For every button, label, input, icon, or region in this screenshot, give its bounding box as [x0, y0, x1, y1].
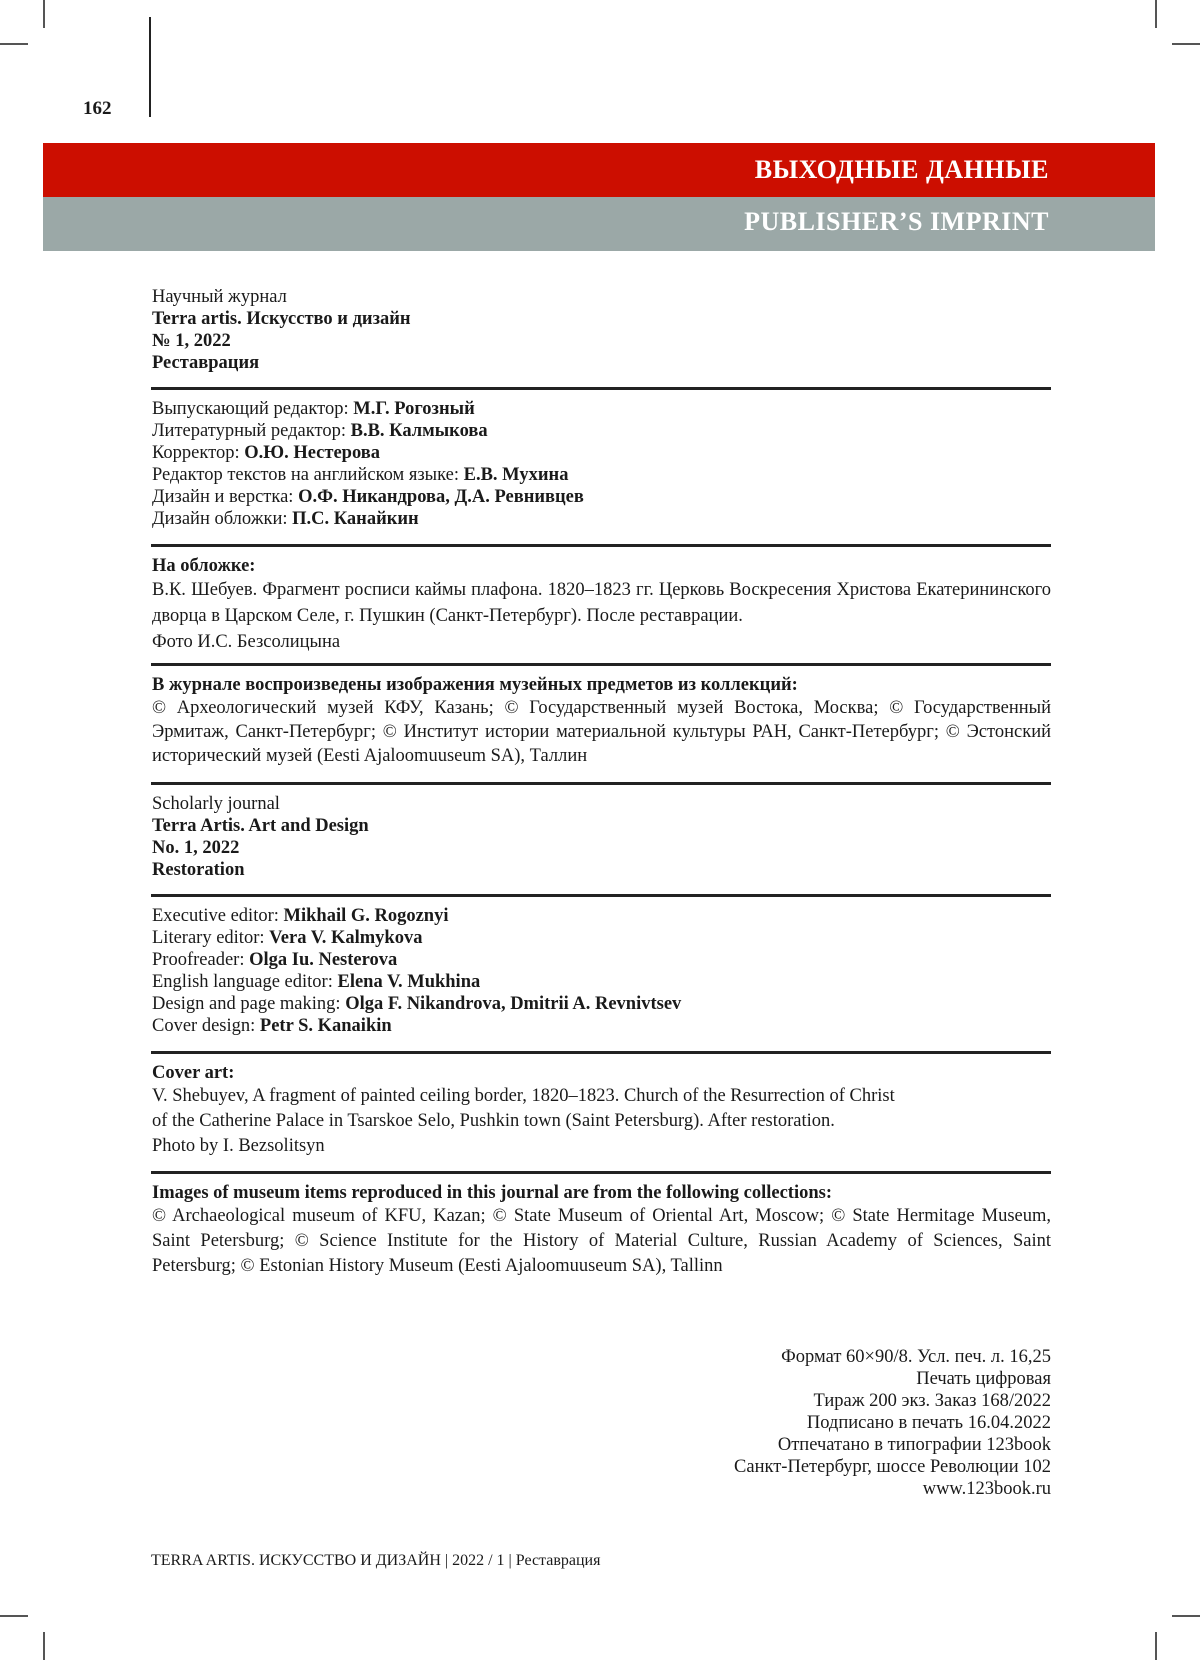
journal-name: Terra artis. Искусство и дизайн	[152, 308, 1051, 330]
crop-mark	[43, 1632, 45, 1660]
running-footer: TERRA ARTIS. ИСКУССТВО И ДИЗАЙН | 2022 /…	[151, 1552, 600, 1570]
ru-staff-list: Выпускающий редактор: М.Г. Рогозный Лите…	[152, 398, 1051, 530]
imprint-line: Подписано в печать 16.04.2022	[734, 1412, 1051, 1434]
crop-mark	[1172, 1615, 1200, 1617]
section-title-ru: ВЫХОДНЫЕ ДАННЫЕ	[755, 155, 1049, 185]
cover-description-line: V. Shebuyev, A fragment of painted ceili…	[152, 1084, 1051, 1109]
divider	[151, 1051, 1051, 1054]
collections-heading: Images of museum items reproduced in thi…	[152, 1182, 1051, 1204]
staff-row: Cover design: Petr S. Kanaikin	[152, 1015, 1051, 1037]
divider	[151, 1171, 1051, 1174]
header-divider	[149, 17, 151, 117]
journal-theme: Реставрация	[152, 352, 1051, 374]
staff-row: Дизайн обложки: П.С. Канайкин	[152, 508, 1051, 530]
en-collections-info: Images of museum items reproduced in thi…	[152, 1182, 1051, 1279]
header-band-ru: ВЫХОДНЫЕ ДАННЫЕ	[43, 143, 1155, 197]
en-journal-info: Scholarly journal Terra Artis. Art and D…	[152, 793, 1051, 881]
ru-journal-info: Научный журнал Terra artis. Искусство и …	[152, 286, 1051, 374]
ru-collections-info: В журнале воспроизведены изображения муз…	[152, 674, 1051, 768]
cover-description: В.К. Шебуев. Фрагмент росписи каймы плаф…	[152, 577, 1051, 629]
cover-photo-credit: Photo by I. Bezsolitsyn	[152, 1134, 1051, 1159]
crop-mark	[0, 43, 28, 45]
crop-mark	[1172, 43, 1200, 45]
journal-issue: No. 1, 2022	[152, 837, 1051, 859]
cover-photo-credit: Фото И.С. Безсолицына	[152, 629, 1051, 655]
print-imprint: Формат 60×90/8. Усл. печ. л. 16,25 Печат…	[734, 1346, 1051, 1500]
collections-heading: В журнале воспроизведены изображения муз…	[152, 674, 1051, 696]
imprint-line: Тираж 200 экз. Заказ 168/2022	[734, 1390, 1051, 1412]
staff-row: Proofreader: Olga Iu. Nesterova	[152, 949, 1051, 971]
imprint-line: Санкт-Петербург, шоссе Революции 102	[734, 1456, 1051, 1478]
crop-mark	[1155, 0, 1157, 28]
journal-type: Научный журнал	[152, 286, 1051, 308]
imprint-line: Печать цифровая	[734, 1368, 1051, 1390]
page-number: 162	[83, 98, 112, 120]
cover-heading: Cover art:	[152, 1062, 1051, 1084]
crop-mark	[1155, 1632, 1157, 1660]
imprint-line: www.123book.ru	[734, 1478, 1051, 1500]
staff-row: Literary editor: Vera V. Kalmykova	[152, 927, 1051, 949]
divider	[151, 894, 1051, 897]
divider	[151, 782, 1051, 785]
journal-name: Terra Artis. Art and Design	[152, 815, 1051, 837]
staff-row: Литературный редактор: В.В. Калмыкова	[152, 420, 1051, 442]
collections-text: © Archaeological museum of KFU, Kazan; ©…	[152, 1204, 1051, 1279]
crop-mark	[43, 0, 45, 28]
imprint-line: Формат 60×90/8. Усл. печ. л. 16,25	[734, 1346, 1051, 1368]
section-title-en: PUBLISHER’S IMPRINT	[744, 207, 1049, 237]
journal-issue: № 1, 2022	[152, 330, 1051, 352]
staff-row: Дизайн и верстка: О.Ф. Никандрова, Д.А. …	[152, 486, 1051, 508]
header-band-en: PUBLISHER’S IMPRINT	[43, 197, 1155, 251]
staff-row: English language editor: Elena V. Mukhin…	[152, 971, 1051, 993]
staff-row: Executive editor: Mikhail G. Rogoznyi	[152, 905, 1051, 927]
divider	[151, 544, 1051, 547]
en-staff-list: Executive editor: Mikhail G. Rogoznyi Li…	[152, 905, 1051, 1037]
imprint-line: Отпечатано в типографии 123book	[734, 1434, 1051, 1456]
journal-theme: Restoration	[152, 859, 1051, 881]
staff-row: Редактор текстов на английском языке: Е.…	[152, 464, 1051, 486]
journal-type: Scholarly journal	[152, 793, 1051, 815]
staff-row: Выпускающий редактор: М.Г. Рогозный	[152, 398, 1051, 420]
en-cover-info: Cover art: V. Shebuyev, A fragment of pa…	[152, 1062, 1051, 1159]
collections-text: © Археологический музей КФУ, Казань; © Г…	[152, 696, 1051, 768]
crop-mark	[0, 1615, 28, 1617]
divider	[151, 387, 1051, 390]
staff-row: Design and page making: Olga F. Nikandro…	[152, 993, 1051, 1015]
divider	[151, 663, 1051, 666]
cover-heading: На обложке:	[152, 555, 1051, 577]
cover-description-line: of the Catherine Palace in Tsarskoe Selo…	[152, 1109, 1051, 1134]
staff-row: Корректор: О.Ю. Нестерова	[152, 442, 1051, 464]
ru-cover-info: На обложке: В.К. Шебуев. Фрагмент роспис…	[152, 555, 1051, 655]
